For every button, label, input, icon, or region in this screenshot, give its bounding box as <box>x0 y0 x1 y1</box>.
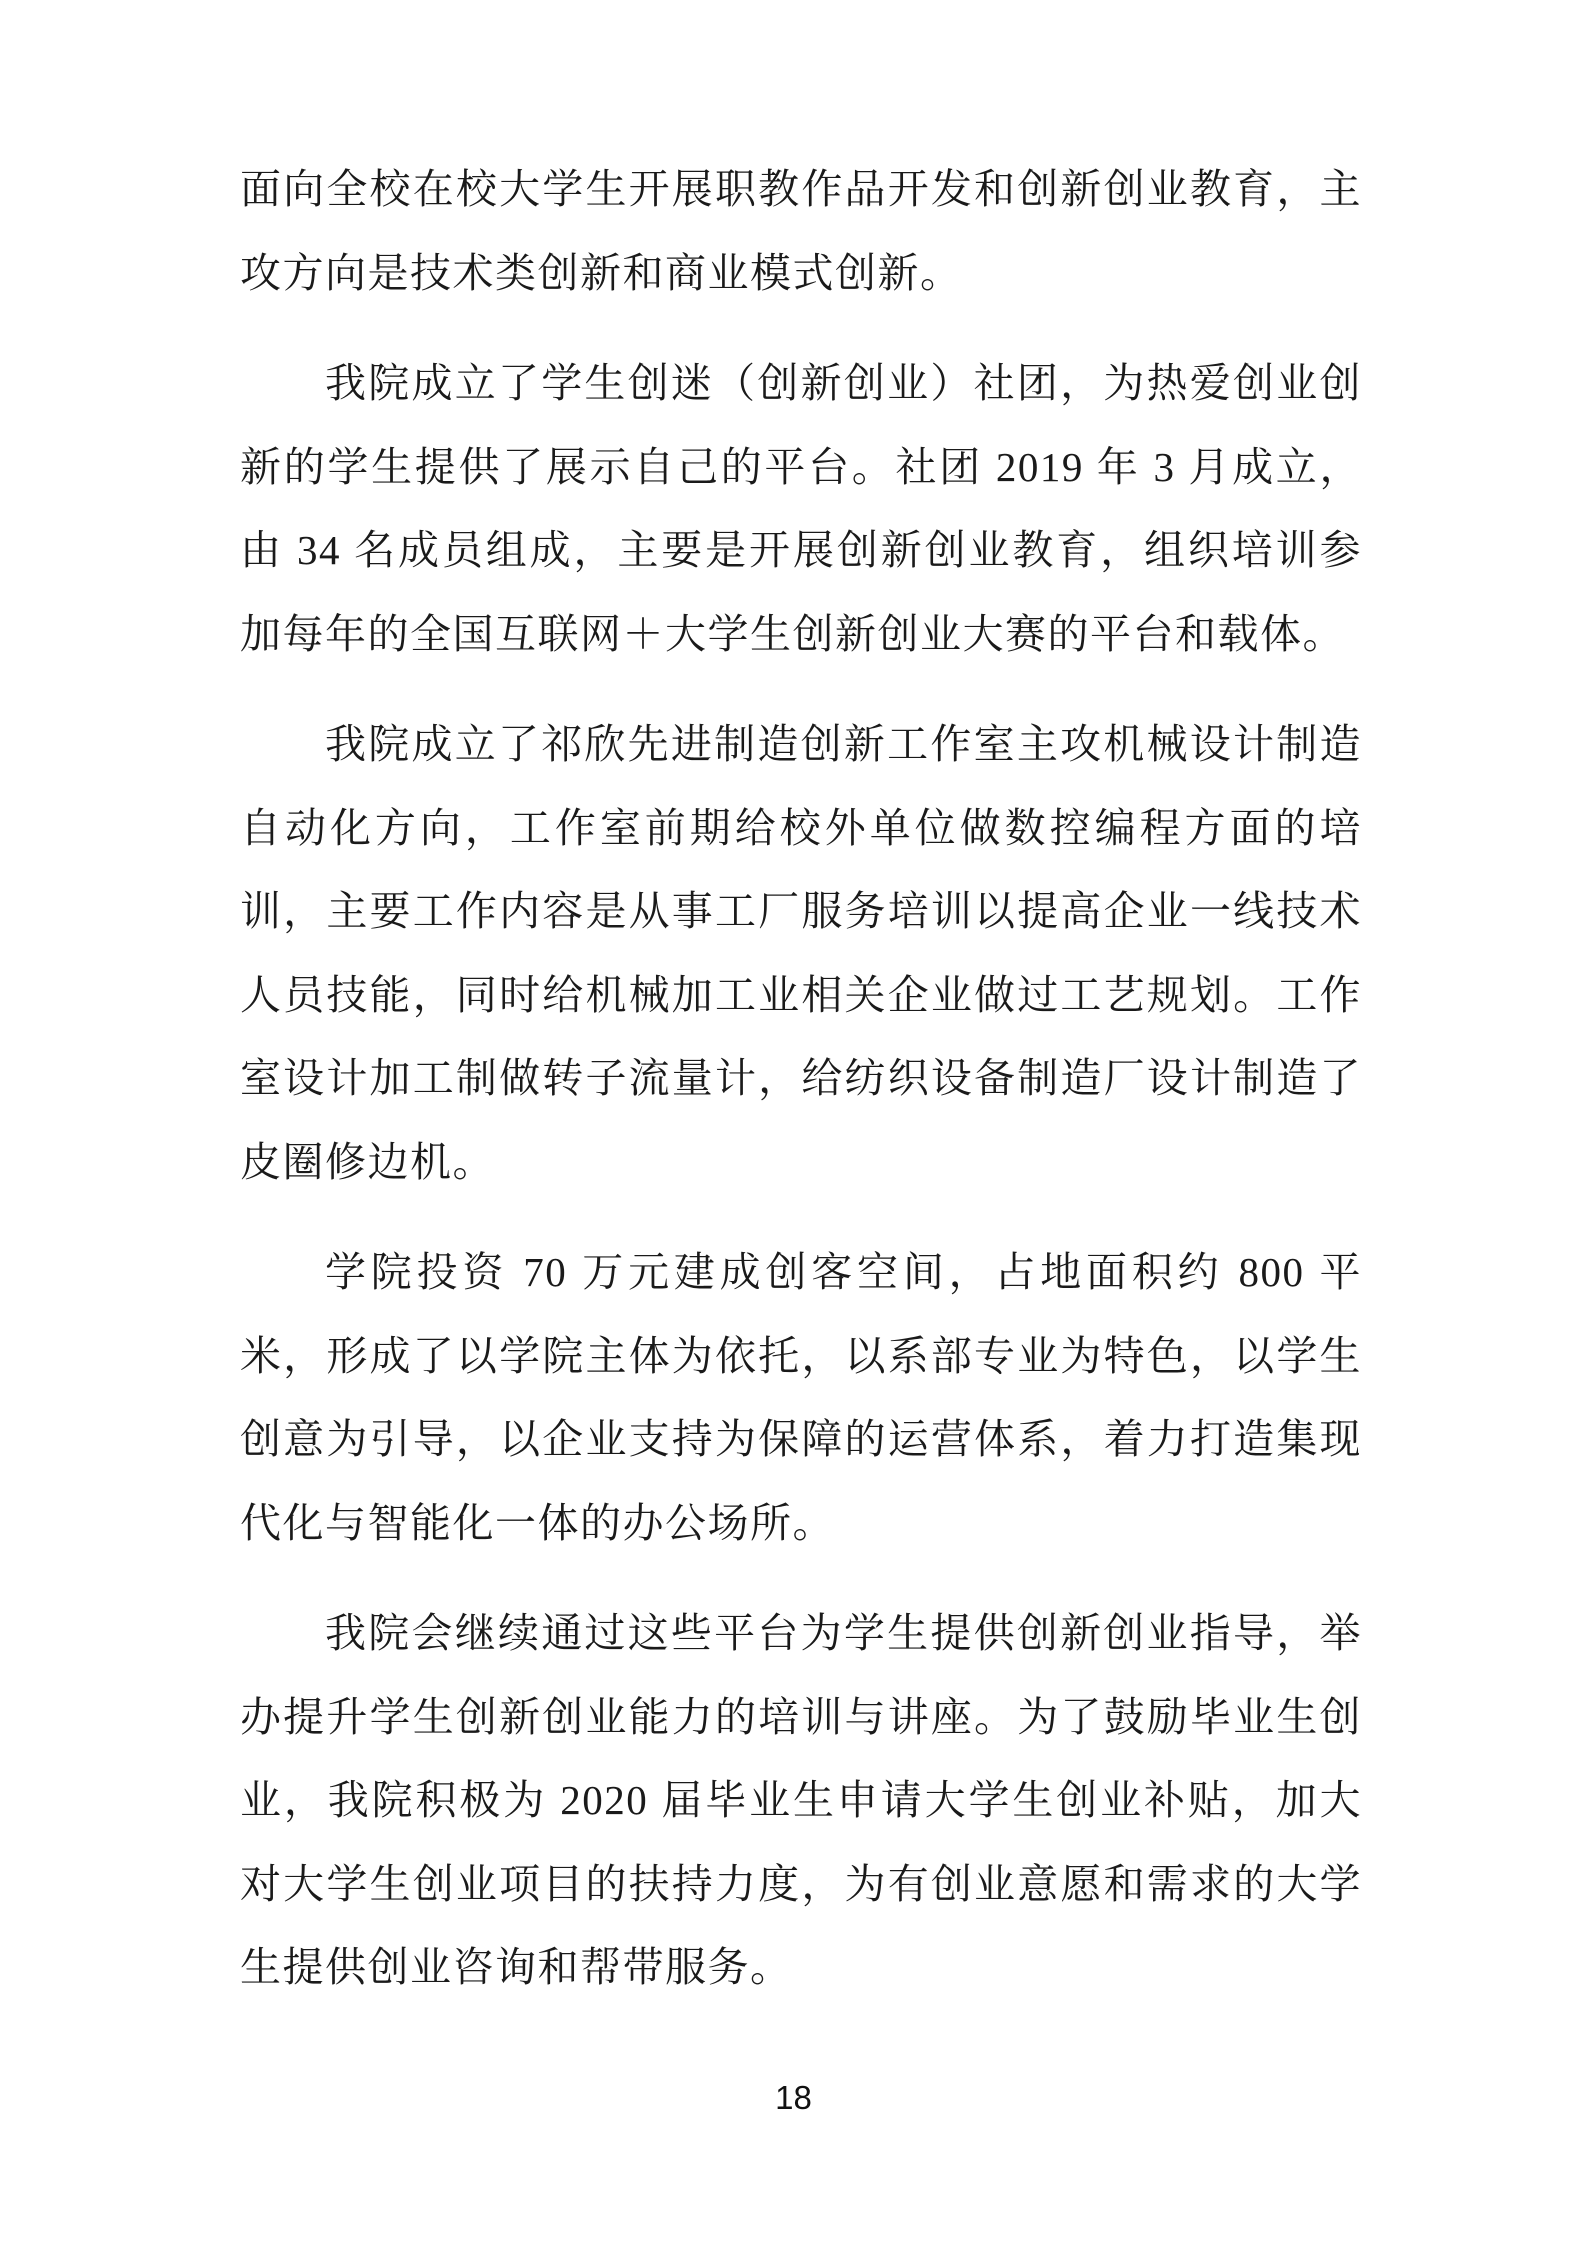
paragraph: 我院会继续通过这些平台为学生提供创新创业指导，举办提升学生创新创业能力的培训与讲… <box>240 1592 1362 2010</box>
paragraph: 面向全校在校大学生开展职教作品开发和创新创业教育，主攻方向是技术类创新和商业模式… <box>240 148 1362 315</box>
document-body: 面向全校在校大学生开展职教作品开发和创新创业教育，主攻方向是技术类创新和商业模式… <box>240 148 1362 2037</box>
document-page: 面向全校在校大学生开展职教作品开发和创新创业教育，主攻方向是技术类创新和商业模式… <box>0 0 1587 2245</box>
page-number: 18 <box>775 2079 812 2116</box>
page-footer: 18 <box>0 2078 1587 2118</box>
paragraph: 我院成立了祁欣先进制造创新工作室主攻机械设计制造自动化方向，工作室前期给校外单位… <box>240 703 1362 1204</box>
paragraph: 我院成立了学生创迷（创新创业）社团，为热爱创业创新的学生提供了展示自己的平台。社… <box>240 342 1362 676</box>
paragraph: 学院投资 70 万元建成创客空间，占地面积约 800 平米，形成了以学院主体为依… <box>240 1231 1362 1565</box>
